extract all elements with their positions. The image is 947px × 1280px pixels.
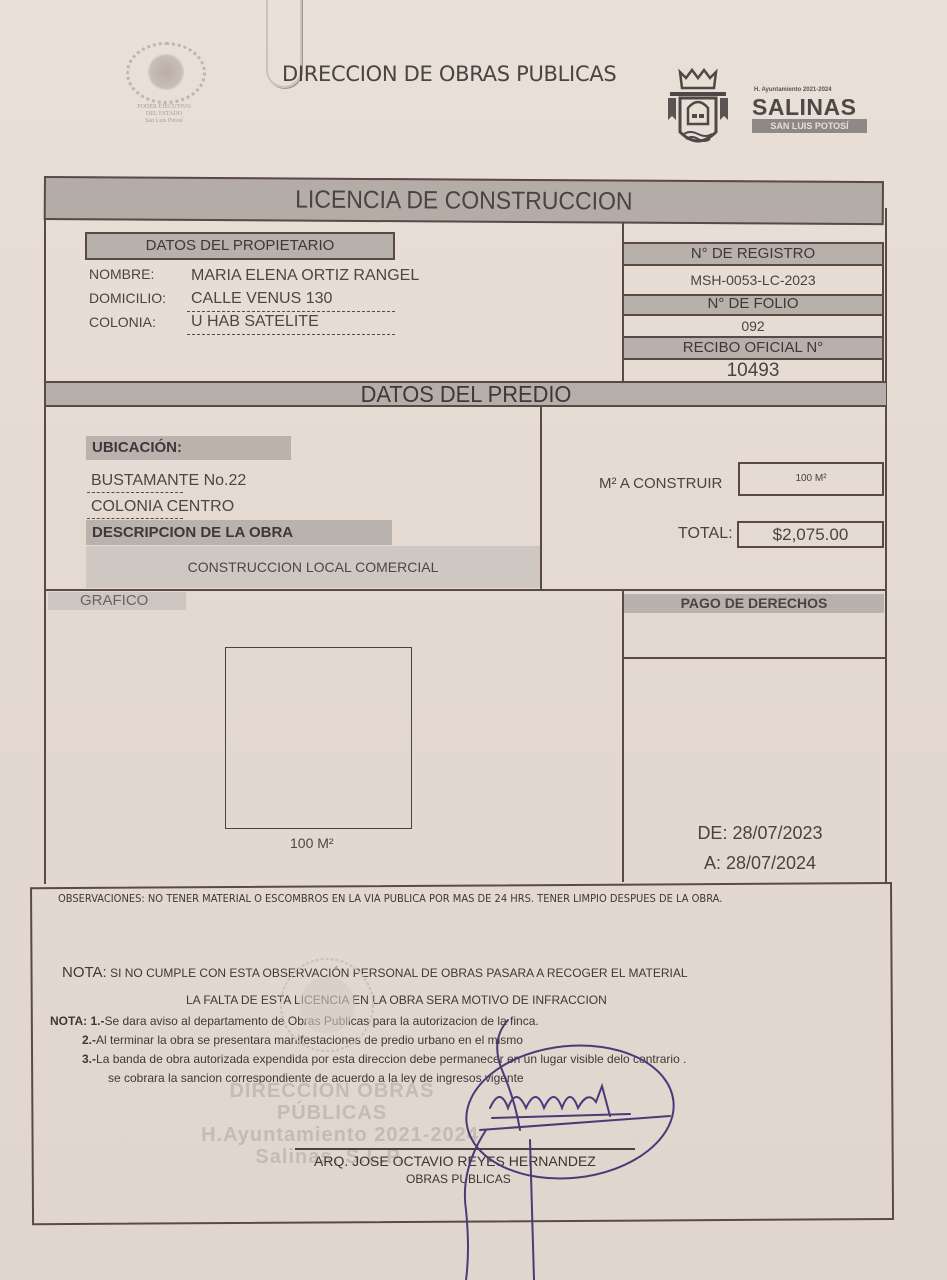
document-page: PODER EJECUTIVO DEL ESTADO San Luis Poto… bbox=[0, 0, 947, 1280]
recibo-label: RECIBO OFICIAL N° bbox=[622, 336, 884, 358]
graphic-label: GRAFICO bbox=[48, 592, 186, 610]
address-line-1: BUSTAMANTE No.22 bbox=[91, 472, 246, 490]
description-label: DESCRIPCION DE LA OBRA bbox=[86, 520, 392, 545]
divider bbox=[46, 589, 886, 591]
official-stamp-seal-icon bbox=[272, 950, 382, 1060]
plot-diagram bbox=[225, 647, 412, 829]
form-title: LICENCIA DE CONSTRUCCION bbox=[79, 178, 848, 223]
underline bbox=[187, 311, 395, 312]
valid-from: DE: 28/07/2023 bbox=[640, 818, 880, 848]
observations-text: OBSERVACIONES: NO TENER MATERIAL O ESCOM… bbox=[58, 890, 778, 908]
seal-caption: PODER EJECUTIVO DEL ESTADO San Luis Poto… bbox=[118, 104, 210, 125]
folio-value: 092 bbox=[622, 314, 884, 336]
area-label: M² A CONSTRUIR bbox=[599, 475, 722, 492]
registro-value: MSH-0053-LC-2023 bbox=[622, 264, 884, 294]
property-section-heading: DATOS DEL PREDIO bbox=[46, 381, 886, 407]
total-label: TOTAL: bbox=[678, 525, 733, 543]
owner-colonia-label: COLONIA: bbox=[89, 314, 156, 330]
plot-caption: 100 M² bbox=[290, 835, 334, 851]
owner-section-heading: DATOS DEL PROPIETARIO bbox=[85, 232, 395, 260]
divider bbox=[540, 407, 542, 590]
municipal-logo: H. Ayuntamiento 2021-2024 SALINAS SAN LU… bbox=[666, 68, 876, 154]
owner-address-label: DOMICILIO: bbox=[89, 290, 166, 306]
underline bbox=[87, 492, 183, 493]
area-value: 100 M² bbox=[738, 462, 884, 496]
total-value: $2,075.00 bbox=[737, 521, 884, 548]
handwritten-signature-icon bbox=[420, 990, 690, 1280]
stamp-line-1: DIRECCION OBRAS bbox=[222, 1080, 442, 1102]
owner-name-label: NOMBRE: bbox=[89, 266, 154, 282]
stamp-line-2: PÚBLICAS bbox=[262, 1102, 402, 1124]
description-value: CONSTRUCCION LOCAL COMERCIAL bbox=[86, 546, 540, 588]
state-seal: PODER EJECUTIVO DEL ESTADO San Luis Poto… bbox=[118, 40, 210, 132]
nota-text: SI NO CUMPLE CON ESTA OBSERVACIÓN PERSON… bbox=[110, 966, 688, 980]
owner-colonia-value: U HAB SATELITE bbox=[191, 313, 319, 331]
address-line-2: COLONIA CENTRO bbox=[91, 498, 234, 516]
form-title-band: LICENCIA DE CONSTRUCCION bbox=[44, 176, 884, 225]
owner-address-value: CALLE VENUS 130 bbox=[191, 290, 332, 308]
folio-label: N° DE FOLIO bbox=[622, 294, 884, 314]
underline bbox=[87, 518, 183, 519]
owner-name-value: MARIA ELENA ORTIZ RANGEL bbox=[191, 267, 419, 285]
underline bbox=[187, 334, 395, 335]
valid-to: A: 28/07/2024 bbox=[640, 848, 880, 878]
location-label: UBICACIÓN: bbox=[86, 436, 291, 460]
eagle-icon bbox=[146, 54, 186, 90]
divider bbox=[624, 657, 886, 659]
registro-label: N° DE REGISTRO bbox=[622, 242, 884, 264]
recibo-value: 10493 bbox=[622, 358, 884, 382]
nota-label: NOTA: bbox=[62, 964, 107, 981]
department-title: DIRECCION DE OBRAS PUBLICAS bbox=[282, 62, 616, 86]
salinas-shield-icon bbox=[666, 68, 730, 152]
validity-dates: DE: 28/07/2023 A: 28/07/2024 bbox=[640, 818, 880, 878]
payment-heading: PAGO DE DERECHOS bbox=[624, 594, 884, 613]
divider bbox=[622, 591, 624, 882]
